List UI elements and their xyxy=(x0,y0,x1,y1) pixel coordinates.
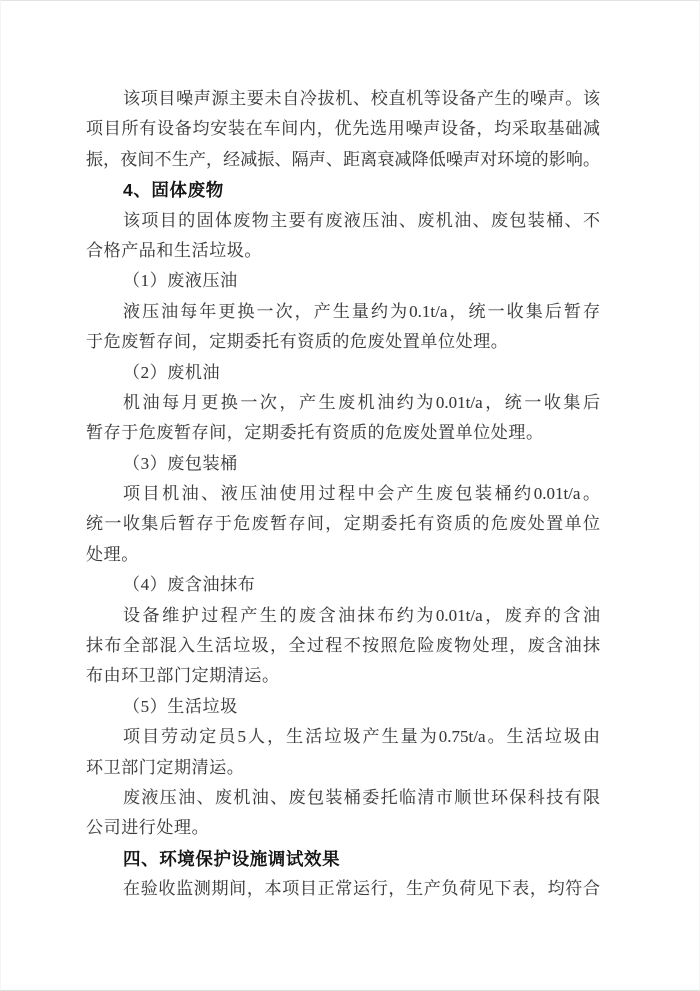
subheading-waste-engine-oil: （2）废机油 xyxy=(86,358,600,388)
para-noise-line: 该项目噪声源主要未自冷拔机、校直机等设备产生的噪声。该 xyxy=(86,84,600,114)
para-acceptance-monitoring-line: 在验收监测期间，本项目正常运行，生产负荷见下表，均符合 xyxy=(86,874,600,904)
para-domestic-garbage-line: 环卫部门定期清运。 xyxy=(86,753,600,783)
para-waste-hydraulic-oil-line: 液压油每年更换一次，产生量约为0.1t/a，统一收集后暂存 xyxy=(86,297,600,327)
para-noise-line: 振，夜间不生产，经减振、隔声、距离衰减降低噪声对环境的影响。 xyxy=(86,145,600,175)
subheading-domestic-garbage: （5）生活垃圾 xyxy=(86,692,600,722)
subheading-waste-oily-rags: （4）废含油抹布 xyxy=(86,570,600,600)
heading-solid-waste: 4、固体废物 xyxy=(86,175,600,205)
para-waste-hydraulic-oil-line: 于危废暂存间，定期委托有资质的危废处置单位处理。 xyxy=(86,327,600,357)
para-waste-engine-oil-line: 机油每月更换一次，产生废机油约为0.01t/a，统一收集后 xyxy=(86,388,600,418)
para-waste-oily-rags-line: 设备维护过程产生的废含油抹布约为0.01t/a，废弃的含油 xyxy=(86,601,600,631)
para-domestic-garbage-line: 项目劳动定员5人，生活垃圾产生量为0.75t/a。生活垃圾由 xyxy=(86,722,600,752)
para-solid-waste-intro-line: 合格产品和生活垃圾。 xyxy=(86,236,600,266)
para-waste-oily-rags-line: 抹布全部混入生活垃圾，全过程不按照危险废物处理，废含油抹 xyxy=(86,631,600,661)
subheading-waste-packaging-barrel: （3）废包装桶 xyxy=(86,449,600,479)
para-waste-packaging-barrel-line: 处理。 xyxy=(86,540,600,570)
para-waste-oily-rags-line: 布由环卫部门定期清运。 xyxy=(86,661,600,691)
para-waste-packaging-barrel-line: 项目机油、液压油使用过程中会产生废包装桶约0.01t/a。 xyxy=(86,479,600,509)
para-noise-line: 项目所有设备均安装在车间内，优先选用噪声设备，均采取基础减 xyxy=(86,114,600,144)
para-solid-waste-intro-line: 该项目的固体废物主要有废液压油、废机油、废包装桶、不 xyxy=(86,206,600,236)
para-waste-engine-oil-line: 暂存于危废暂存间，定期委托有资质的危废处置单位处理。 xyxy=(86,418,600,448)
document-page: 该项目噪声源主要未自冷拔机、校直机等设备产生的噪声。该 项目所有设备均安装在车间… xyxy=(0,0,700,991)
para-disposal-company-line: 废液压油、废机油、废包装桶委托临清市顺世环保科技有限 xyxy=(86,783,600,813)
heading-env-facility-effect: 四、环境保护设施调试效果 xyxy=(86,844,600,874)
document-text-block: 该项目噪声源主要未自冷拔机、校直机等设备产生的噪声。该 项目所有设备均安装在车间… xyxy=(86,84,600,905)
para-disposal-company-line: 公司进行处理。 xyxy=(86,813,600,843)
subheading-waste-hydraulic-oil: （1）废液压油 xyxy=(86,266,600,296)
para-waste-packaging-barrel-line: 统一收集后暂存于危废暂存间，定期委托有资质的危废处置单位 xyxy=(86,509,600,539)
